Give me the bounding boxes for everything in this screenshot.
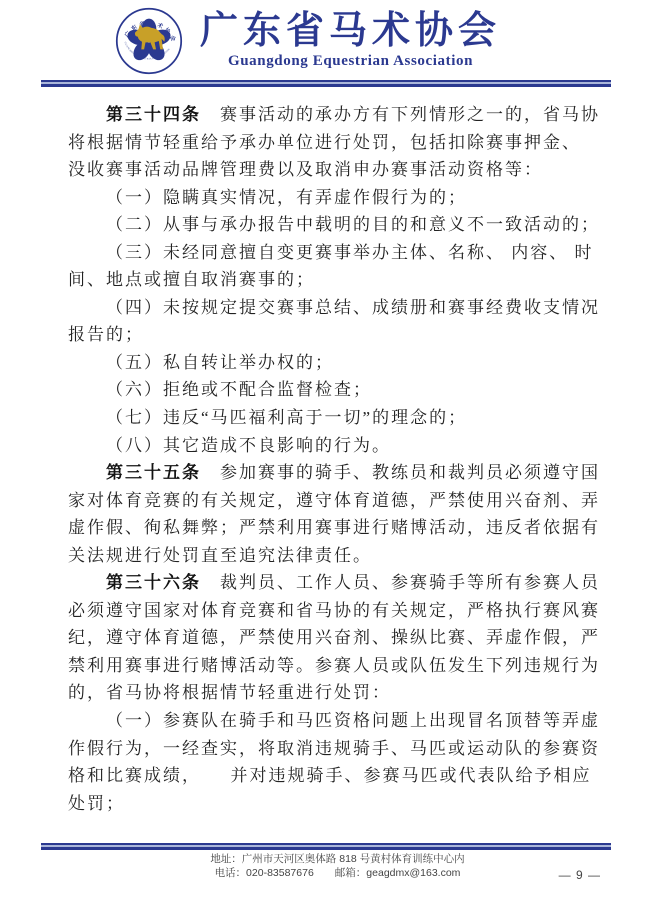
letterhead-header: 广东省马术协会 GUANGDONG EQUESTRIAN ASSOCIATION — [0, 6, 651, 76]
text-line: 格和比赛成绩， 并对违规骑手、参赛马匹或代表队给予相应 — [68, 762, 584, 790]
text-line: （四）未按规定提交赛事总结、成绩册和赛事经费收支情况 — [68, 294, 584, 322]
text-line: 关法规进行处罚直至追究法律责任。 — [68, 542, 584, 570]
text-line: 第三十五条 参加赛事的骑手、教练员和裁判员必须遵守国 — [68, 459, 584, 487]
text-line: 家对体育竞赛的有关规定，遵守体育道德，严禁使用兴奋剂、弄 — [68, 487, 584, 515]
text-line: 虚作假、徇私舞弊；严禁利用赛事进行赌博活动，违反者依据有 — [68, 514, 584, 542]
document-page: 广东省马术协会 GUANGDONG EQUESTRIAN ASSOCIATION — [0, 0, 651, 907]
text-line: 第三十四条 赛事活动的承办方有下列情形之一的，省马协 — [68, 101, 584, 129]
text-line: （一）隐瞒真实情况，有弄虚作假行为的； — [68, 184, 584, 212]
text-line: 必须遵守国家对体育竞赛和省马协的有关规定，严格执行赛风赛 — [68, 597, 584, 625]
text-line: 第三十六条 裁判员、工作人员、参赛骑手等所有参赛人员 — [68, 569, 584, 597]
org-title-cn: 广东省马术协会 — [200, 12, 501, 52]
equestrian-association-emblem-icon: 广东省马术协会 GUANGDONG EQUESTRIAN ASSOCIATION — [114, 6, 184, 76]
footer-contact-block: 地址：广州市天河区奥体路 818 号黄村体育训练中心内 电话：020-83587… — [12, 852, 651, 880]
text-line: 的，省马协将根据情节轻重进行处罚： — [68, 679, 584, 707]
text-line: （七）违反“马匹福利高于一切”的理念的； — [68, 404, 584, 432]
footer-divider-rule — [41, 843, 611, 850]
org-subtitle-en: Guangdong Equestrian Association — [200, 53, 501, 70]
letterhead-title-block: 广东省马术协会 Guangdong Equestrian Association — [200, 12, 501, 71]
text-line: （三）未经同意擅自变更赛事举办主体、名称、 内容、 时 — [68, 239, 584, 267]
article-number: 第三十六条 — [106, 573, 201, 592]
text-line: （一）参赛队在骑手和马匹资格问题上出现冒名顶替等弄虚 — [68, 707, 584, 735]
article-number: 第三十四条 — [106, 105, 201, 124]
article-number: 第三十五条 — [106, 463, 201, 482]
text-line: 间、地点或擅自取消赛事的； — [68, 266, 584, 294]
text-line: 纪，遵守体育道德，严禁使用兴奋剂、操纵比赛、弄虚作假，严 — [68, 624, 584, 652]
footer-address: 地址：广州市天河区奥体路 818 号黄村体育训练中心内 — [12, 852, 651, 866]
header-divider-rule — [41, 80, 611, 87]
text-line: 作假行为，一经查实，将取消违规骑手、马匹或运动队的参赛资 — [68, 735, 584, 763]
text-line: 将根据情节轻重给予承办单位进行处罚，包括扣除赛事押金、 — [68, 129, 584, 157]
text-line: （六）拒绝或不配合监督检查； — [68, 376, 584, 404]
text-line: 没收赛事活动品牌管理费以及取消申办赛事活动资格等： — [68, 156, 584, 184]
text-line: （五）私自转让举办权的； — [68, 349, 584, 377]
footer-phone-email: 电话：020-83587676 邮箱：geagdmx@163.com — [12, 866, 651, 880]
text-line: 报告的； — [68, 321, 584, 349]
text-line: （八）其它造成不良影响的行为。 — [68, 432, 584, 460]
text-line: 处罚； — [68, 790, 584, 818]
document-body: 第三十四条 赛事活动的承办方有下列情形之一的，省马协将根据情节轻重给予承办单位进… — [68, 101, 584, 817]
page-number: — 9 — — [559, 868, 601, 882]
text-line: （二）从事与承办报告中载明的目的和意义不一致活动的； — [68, 211, 584, 239]
text-line: 禁利用赛事进行赌博活动等。参赛人员或队伍发生下列违规行为 — [68, 652, 584, 680]
